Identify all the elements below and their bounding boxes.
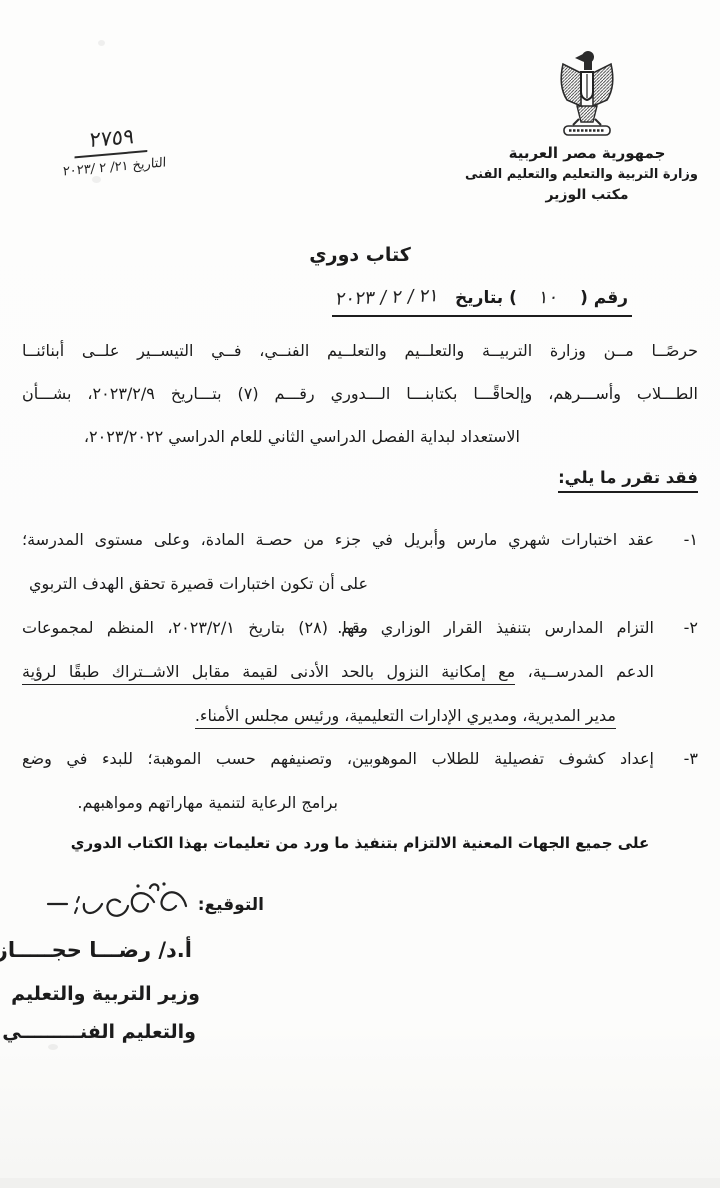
item-2-line-2: الدعم المدرســية، مع إمكانية النزول بالح… (22, 650, 654, 694)
scan-edge-shadow (0, 1178, 720, 1188)
item-1-line-1: عقد اختبارات شهري مارس وأبريل في جزء من … (22, 518, 654, 562)
egypt-eagle-emblem-icon (555, 48, 619, 142)
scan-noise (98, 40, 105, 46)
ministry-letterhead: جمهورية مصر العربية وزارة التربية والتعل… (476, 48, 698, 207)
minister-name: أ.د/ رضـــا حجـــــازي (0, 938, 192, 962)
circular-date-label: ) بتاريخ (455, 288, 517, 308)
circular-number-prefix: رقم ( (580, 288, 628, 308)
item-2-line-3: مدير المديرية، ومديري الإدارات التعليمية… (22, 694, 654, 738)
item-2-line-1: التزام المدارس بتنفيذ القرار الوزاري رقم… (22, 606, 654, 650)
decision-item-3: ٣- إعداد كشوف تفصيلية للطلاب الموهوبين، … (22, 737, 698, 825)
document-page: جمهورية مصر العربية وزارة التربية والتعل… (0, 0, 720, 1188)
minister-title-line1: وزير التربية والتعليم (11, 983, 200, 1005)
scan-noise (92, 176, 101, 183)
letterhead-office: مكتب الوزير (476, 185, 698, 207)
decision-item-2: ٢- التزام المدارس بتنفيذ القرار الوزاري … (22, 606, 698, 738)
item-2-line-2-plain: الدعم المدرســية، (515, 662, 654, 681)
document-title: كتاب دوري (0, 244, 720, 266)
ref-date-label: التاريخ (132, 155, 166, 173)
circular-date-value: ٢٠٢٣ / ٢ / ٢١ (335, 285, 441, 310)
letterhead-ministry: وزارة التربية والتعليم والتعليم الفنى (476, 165, 698, 185)
item-3-line-2: برامج الرعاية لتنمية مهاراتهم ومواهبهم. (22, 781, 654, 825)
circular-number-value: ١٠ (537, 287, 559, 309)
item-3-line-1: إعداد كشوف تفصيلية للطلاب الموهوبين، وتص… (22, 737, 654, 781)
intro-line-3: الاستعداد لبداية الفصل الدراسي الثاني لل… (22, 415, 698, 458)
item-3-marker: ٣- (654, 737, 698, 825)
scan-noise (48, 1044, 58, 1050)
signature-row: التوقيع: (16, 880, 264, 930)
circular-number-line: رقم ( ١٠ ) بتاريخ ٢٠٢٣ / ٢ / ٢١ (332, 287, 632, 317)
intro-line-2: الطـــلاب وأســـرهم، وإلحاقًـــا بكتابنـ… (22, 372, 698, 415)
ref-number: ٢٧٥٩ (75, 123, 149, 159)
intro-line-1: حرصًــا مــن وزارة التربيــة والتعلــيم … (22, 329, 698, 372)
signature-scribble-icon (42, 880, 194, 930)
minister-title-line2: والتعليم الفنـــــــــي (2, 1021, 196, 1043)
signature-label: التوقيع: (198, 895, 264, 915)
item-2-line-2-underlined: مع إمكانية النزول بالحد الأدنى لقيمة مقا… (22, 662, 515, 685)
intro-paragraph: حرصًــا مــن وزارة التربيــة والتعلــيم … (22, 329, 698, 458)
handwritten-ref-block: ٢٧٥٩ التاريخ ٢٠٢٣/ ٢ /٢١ (26, 119, 200, 183)
letterhead-country: جمهورية مصر العربية (476, 142, 698, 165)
item-2-marker: ٢- (654, 606, 698, 738)
decision-heading: فقد تقرر ما يلي: (558, 468, 698, 493)
closing-directive: على جميع الجهات المعنية الالتزام بتنفيذ … (0, 834, 720, 852)
